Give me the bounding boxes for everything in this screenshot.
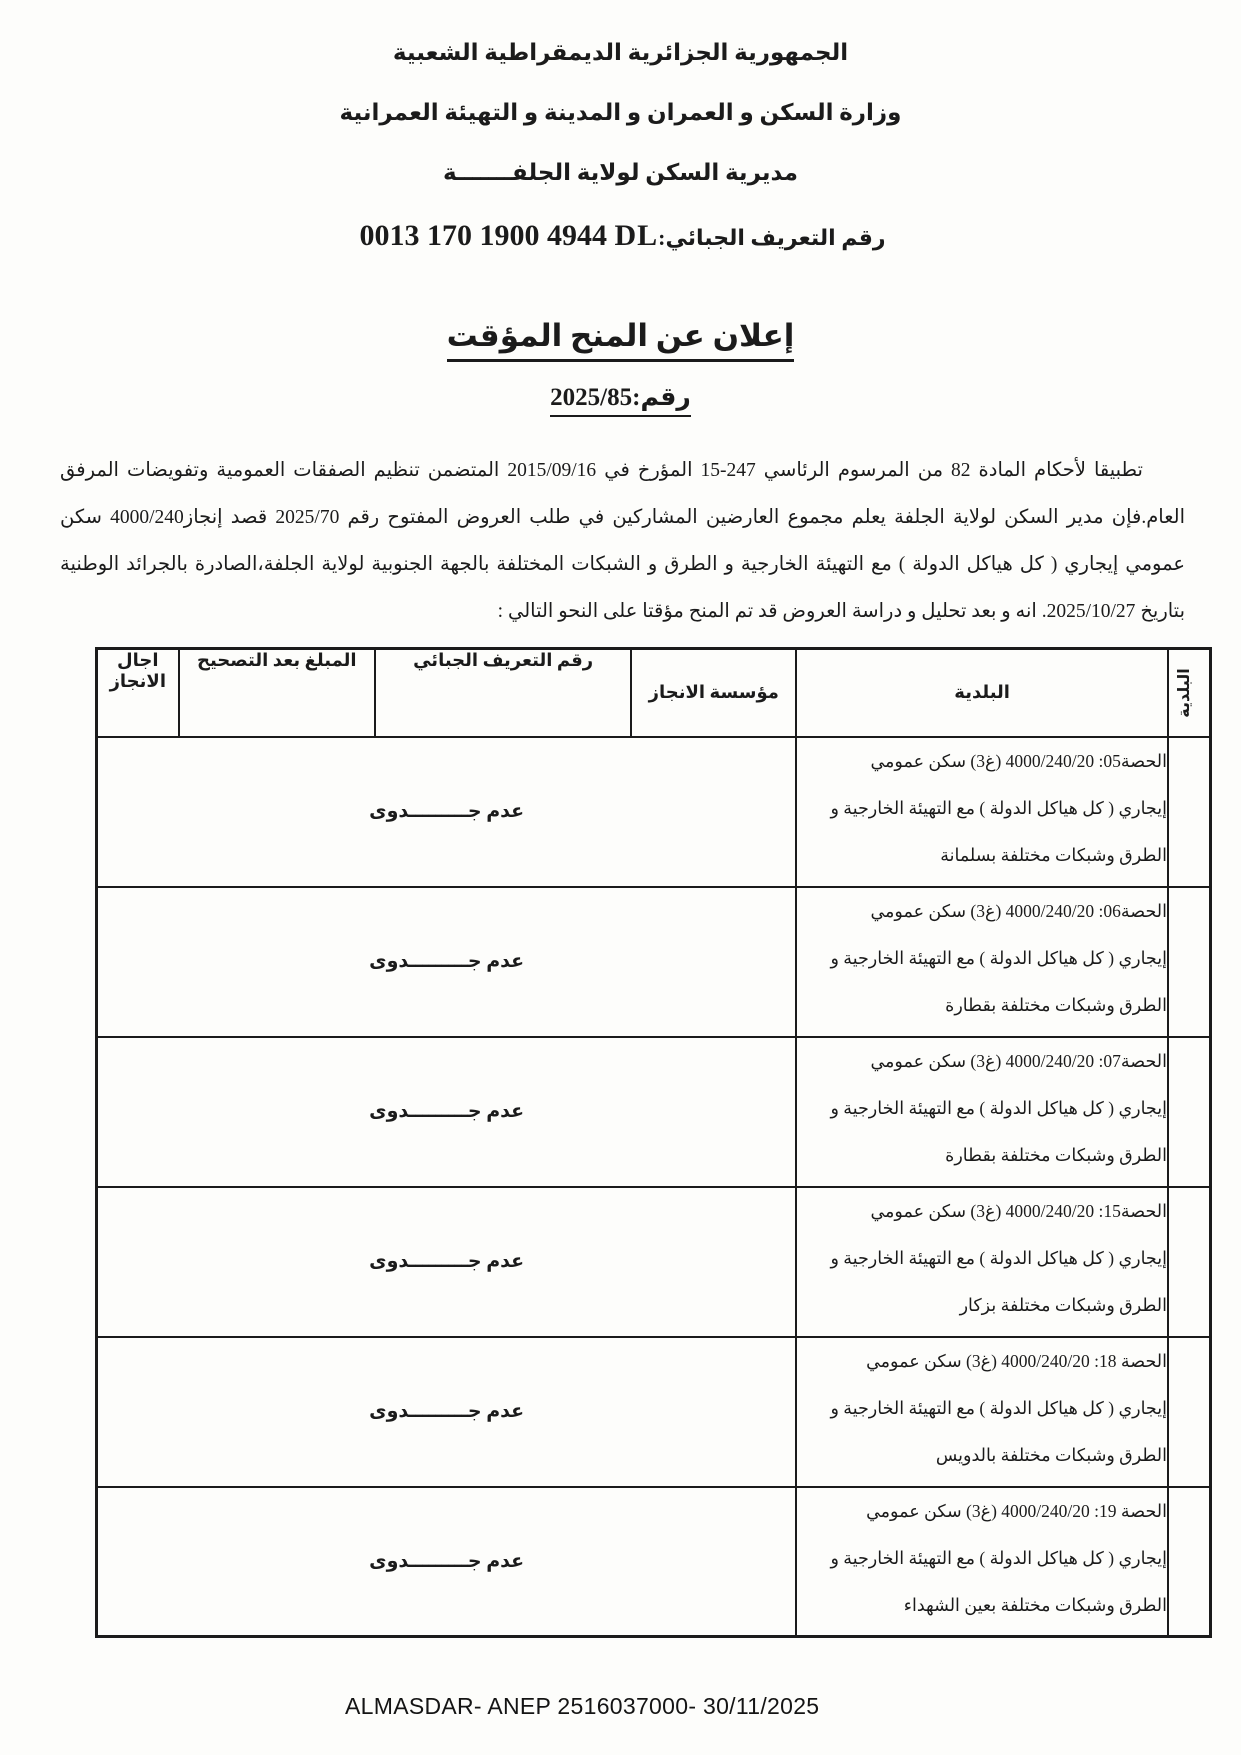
lot-line: إيجاري ( كل هياكل الدولة ) مع التهيئة ال…: [797, 935, 1167, 982]
lot-line: الطرق وشبكات مختلفة بزكار: [797, 1282, 1167, 1329]
lot-line: إيجاري ( كل هياكل الدولة ) مع التهيئة ال…: [797, 785, 1167, 832]
side-cell: [1168, 887, 1211, 1037]
municipality-cell: الحصة07: 4000/240/20 (غ3) سكن عمومي إيجا…: [796, 1037, 1168, 1187]
tax-id-value: 0013 170 1900 4944 DL: [355, 219, 658, 252]
side-cell: [1168, 737, 1211, 887]
result-cell: عدم جـــــــــدوى: [97, 1337, 797, 1487]
result-cell: عدم جـــــــــدوى: [97, 1487, 797, 1637]
col-header-amount: المبلغ بعد التصحيح: [179, 649, 375, 737]
lot-line: الطرق وشبكات مختلفة بالدويس: [797, 1432, 1167, 1479]
municipality-cell: الحصة 19: 4000/240/20 (غ3) سكن عمومي إيج…: [796, 1487, 1168, 1637]
lot-line: الحصة05: 4000/240/20 (غ3) سكن عمومي: [797, 738, 1167, 785]
side-cell: [1168, 1037, 1211, 1187]
republic-header-line: الجمهورية الجزائرية الديمقراطية الشعبية: [0, 36, 1241, 70]
lot-line: الطرق وشبكات مختلفة بقطارة: [797, 982, 1167, 1029]
lot-line: الطرق وشبكات مختلفة بسلمانة: [797, 832, 1167, 879]
result-cell: عدم جـــــــــدوى: [97, 737, 797, 887]
lot-line: الطرق وشبكات مختلفة بعين الشهداء: [797, 1582, 1167, 1629]
lot-line: الحصة07: 4000/240/20 (غ3) سكن عمومي: [797, 1038, 1167, 1085]
lot-line: إيجاري ( كل هياكل الدولة ) مع التهيئة ال…: [797, 1235, 1167, 1282]
scanned-document-page: الجمهورية الجزائرية الديمقراطية الشعبية …: [0, 0, 1241, 1755]
lot-line: إيجاري ( كل هياكل الدولة ) مع التهيئة ال…: [797, 1535, 1167, 1582]
result-cell: عدم جـــــــــدوى: [97, 887, 797, 1037]
document-number-row: رقم:2025/85: [0, 382, 1241, 417]
col-header-side-municipality: البلدية: [1168, 649, 1211, 737]
document-title-row: إعلان عن المنح المؤقت: [0, 318, 1241, 362]
table-row: الحصة07: 4000/240/20 (غ3) سكن عمومي إيجا…: [97, 1037, 1211, 1187]
lot-line: إيجاري ( كل هياكل الدولة ) مع التهيئة ال…: [797, 1085, 1167, 1132]
anep-footer: ALMASDAR- ANEP 2516037000- 30/11/2025: [345, 1693, 819, 1720]
lot-line: الحصة15: 4000/240/20 (غ3) سكن عمومي: [797, 1188, 1167, 1235]
side-cell: [1168, 1487, 1211, 1637]
col-header-tax-id: رقم التعريف الجبائي: [375, 649, 631, 737]
awards-table: البلدية البلدية مؤسسة الانجاز رقم التعري…: [95, 647, 1212, 1638]
directorate-header-line: مديرية السكن لولاية الجلفـــــــة: [0, 156, 1241, 190]
table-row: الحصة 19: 4000/240/20 (غ3) سكن عمومي إيج…: [97, 1487, 1211, 1637]
side-cell: [1168, 1337, 1211, 1487]
municipality-cell: الحصة05: 4000/240/20 (غ3) سكن عمومي إيجا…: [796, 737, 1168, 887]
lot-line: إيجاري ( كل هياكل الدولة ) مع التهيئة ال…: [797, 1385, 1167, 1432]
municipality-cell: الحصة15: 4000/240/20 (غ3) سكن عمومي إيجا…: [796, 1187, 1168, 1337]
table-row: الحصة 18: 4000/240/20 (غ3) سكن عمومي إيج…: [97, 1337, 1211, 1487]
col-header-municipality: البلدية: [796, 649, 1168, 737]
table-row: الحصة06: 4000/240/20 (غ3) سكن عمومي إيجا…: [97, 887, 1211, 1037]
result-cell: عدم جـــــــــدوى: [97, 1037, 797, 1187]
document-title: إعلان عن المنح المؤقت: [447, 318, 795, 362]
lot-line: الحصة06: 4000/240/20 (غ3) سكن عمومي: [797, 888, 1167, 935]
table-row: الحصة15: 4000/240/20 (غ3) سكن عمومي إيجا…: [97, 1187, 1211, 1337]
lot-line: الحصة 19: 4000/240/20 (غ3) سكن عمومي: [797, 1488, 1167, 1535]
municipality-cell: الحصة 18: 4000/240/20 (غ3) سكن عمومي إيج…: [796, 1337, 1168, 1487]
tax-id-label: رقم التعريف الجبائي:: [658, 225, 885, 250]
municipality-cell: الحصة06: 4000/240/20 (غ3) سكن عمومي إيجا…: [796, 887, 1168, 1037]
col-header-completion-period: اجال الانجاز: [97, 649, 179, 737]
ministry-header-line: وزارة السكن و العمران و المدينة و التهيئ…: [0, 96, 1241, 130]
tax-id-line: رقم التعريف الجبائي:0013 170 1900 4944 D…: [0, 216, 1241, 258]
side-cell: [1168, 1187, 1211, 1337]
col-header-company: مؤسسة الانجاز: [631, 649, 796, 737]
table-header-row: البلدية البلدية مؤسسة الانجاز رقم التعري…: [97, 649, 1211, 737]
rotated-municipality-label: البلدية: [1174, 668, 1194, 718]
table-row: الحصة05: 4000/240/20 (غ3) سكن عمومي إيجا…: [97, 737, 1211, 887]
lot-line: الطرق وشبكات مختلفة بقطارة: [797, 1132, 1167, 1179]
lot-line: الحصة 18: 4000/240/20 (غ3) سكن عمومي: [797, 1338, 1167, 1385]
result-cell: عدم جـــــــــدوى: [97, 1187, 797, 1337]
document-number: رقم:2025/85: [550, 382, 691, 417]
intro-paragraph: تطبيقا لأحكام المادة 82 من المرسوم الرئا…: [60, 447, 1185, 635]
